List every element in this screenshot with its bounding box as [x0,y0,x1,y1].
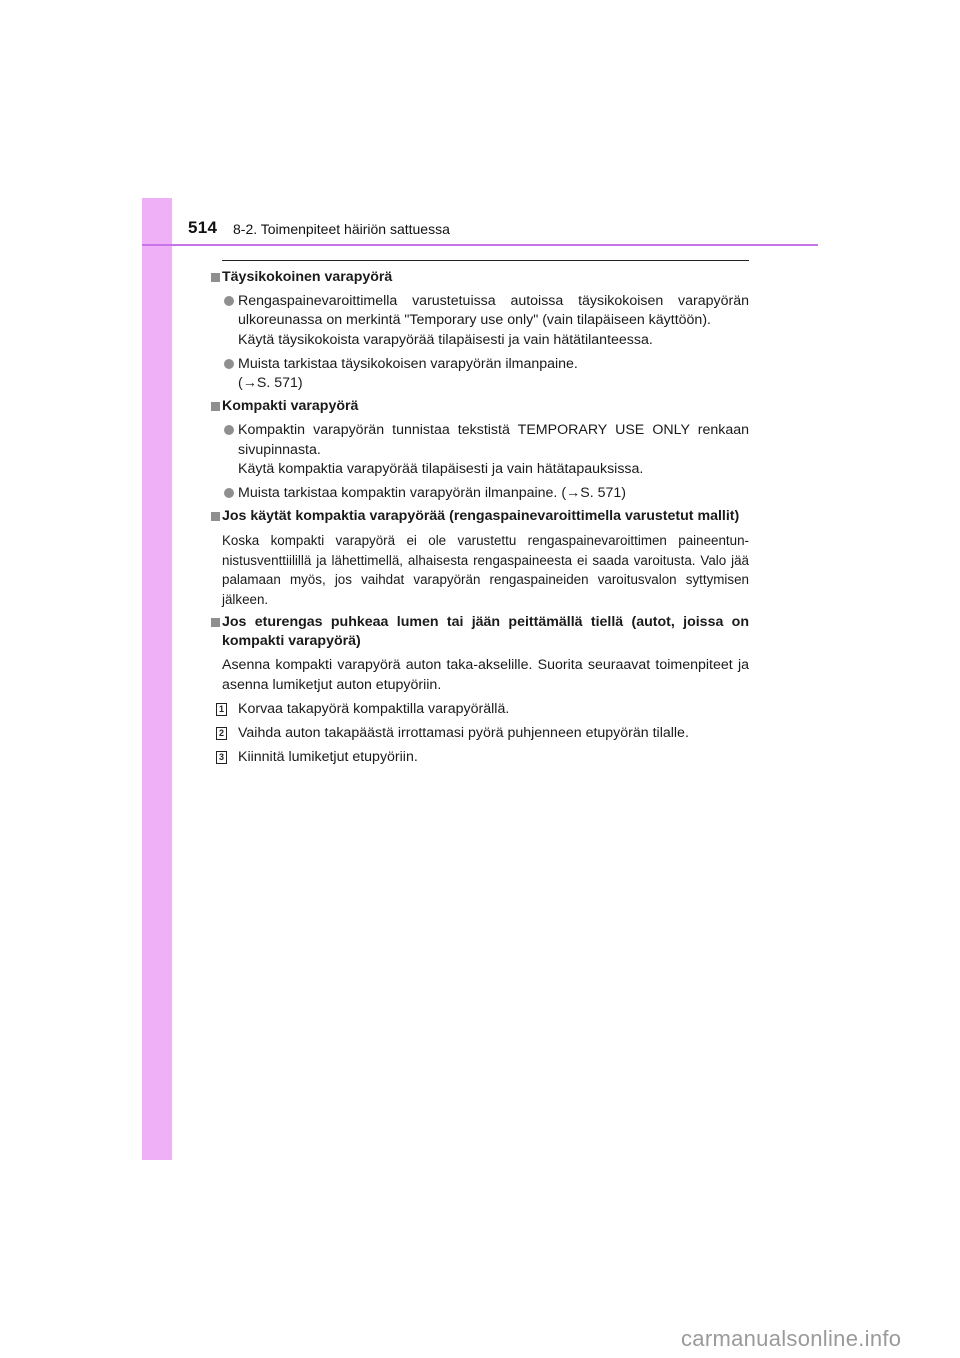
header-divider [142,244,818,246]
section-heading: Täysikokoinen varapyörä [211,268,749,287]
page-reference-link[interactable]: (→S. 571) [238,374,749,393]
circle-bullet-icon [224,425,234,435]
chapter-side-tab [142,198,172,1160]
section-heading: Kompakti varapyörä [211,397,749,416]
list-item: Kompaktin varapyörän tunnistaa tekstistä… [211,421,749,479]
section-heading: Jos käytät kompaktia varapyörää (rengasp… [211,507,749,526]
page-number: 514 [188,218,217,238]
step-number-box: 2 [216,727,227,740]
section-title: 8-2. Toimenpiteet häiriön sattuessa [233,221,450,237]
list-item: Muista tarkistaa kompaktin varapyörän il… [211,484,749,503]
section-heading: Jos eturengas puhkeaa lumen tai jään pei… [211,613,749,651]
step-number-box: 3 [216,751,227,764]
watermark-link[interactable]: carmanualsonline.info [681,1326,901,1352]
circle-bullet-icon [224,488,234,498]
step-number-box: 1 [216,703,227,716]
square-bullet-icon [211,618,220,627]
section-paragraph: Asenna kompakti varapyörä auton taka-aks… [211,656,749,694]
section-paragraph: Koska kompakti varapyörä ei ole varustet… [211,531,749,609]
step-item: 2 Vaihda auton takapäästä irrottamasi py… [211,724,749,743]
content-top-rule [222,260,749,261]
circle-bullet-icon [224,296,234,306]
step-item: 1 Korvaa takapyörä kompaktilla varapyörä… [211,700,749,719]
page-content: Täysikokoinen varapyörä Rengaspainevaroi… [211,264,749,767]
square-bullet-icon [211,402,220,411]
square-bullet-icon [211,512,220,521]
list-item: Muista tarkistaa täysikokoisen varapyörä… [211,355,749,393]
list-item: Rengaspainevaroittimella varustetuissa a… [211,292,749,350]
square-bullet-icon [211,273,220,282]
step-item: 3 Kiinnitä lumiketjut etupyöriin. [211,748,749,767]
circle-bullet-icon [224,359,234,369]
